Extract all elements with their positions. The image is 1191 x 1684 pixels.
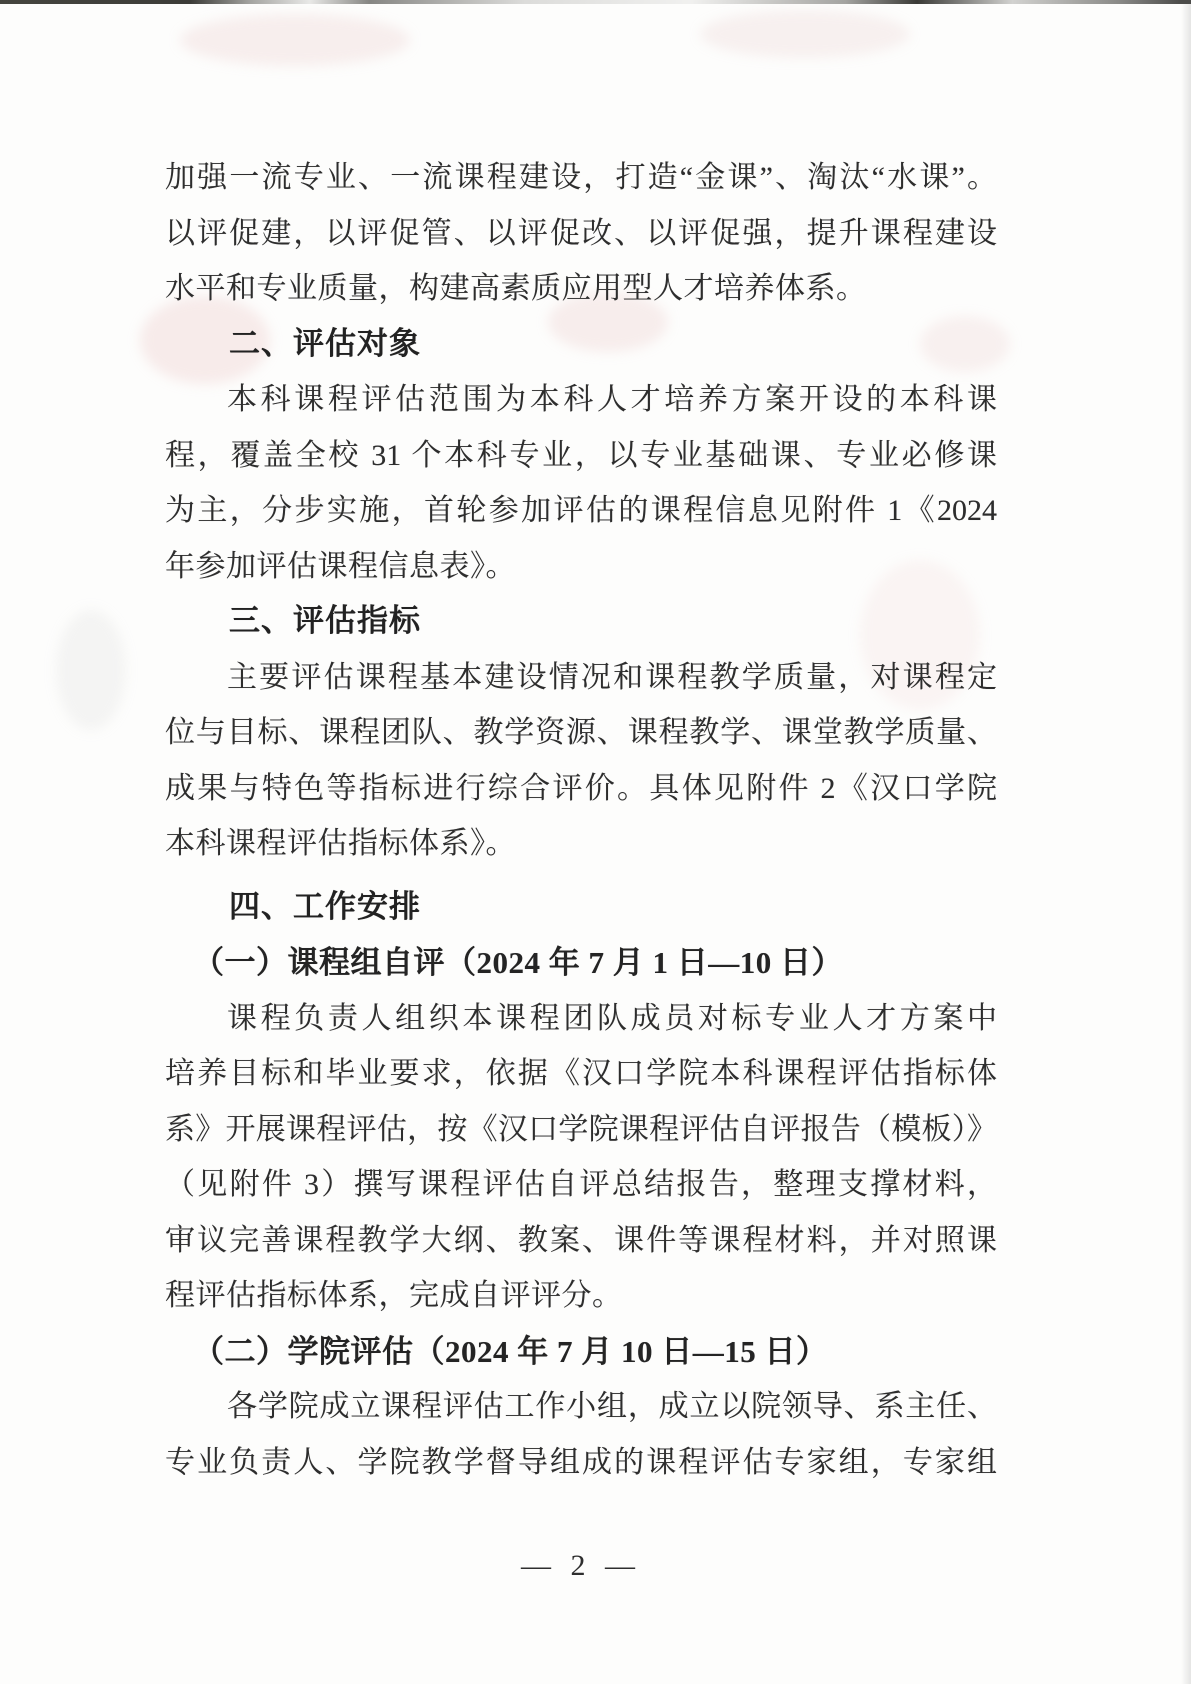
document-body: 加强一流专业、一流课程建设，打造“金课”、淘汰“水课”。 以评促建，以评促管、以…	[165, 150, 997, 1490]
doc-line: 本科课程评估指标体系》。	[165, 816, 997, 872]
scan-smudge	[180, 14, 410, 66]
doc-line: 课程负责人组织本课程团队成员对标专业人才方案中	[165, 991, 997, 1047]
subsection-heading-2: （二）学院评估（2024 年 7 月 10 日—15 日）	[165, 1324, 997, 1380]
doc-line: 审议完善课程教学大纲、教案、课件等课程材料，并对照课	[165, 1213, 997, 1269]
doc-line: 培养目标和毕业要求，依据《汉口学院本科课程评估指标体	[165, 1046, 997, 1102]
page-number: — 2 —	[165, 1549, 997, 1583]
doc-line: 程，覆盖全校 31 个本科专业，以专业基础课、专业必修课	[165, 428, 997, 484]
doc-line: 以评促建，以评促管、以评促改、以评促强，提升课程建设	[165, 206, 997, 262]
scan-smudge	[56, 610, 126, 730]
doc-line: 本科课程评估范围为本科人才培养方案开设的本科课	[165, 372, 997, 428]
scan-artifact-top-line	[0, 0, 1191, 4]
doc-line: 成果与特色等指标进行综合评价。具体见附件 2《汉口学院	[165, 761, 997, 817]
doc-line: 水平和专业质量，构建高素质应用型人才培养体系。	[165, 261, 997, 317]
doc-line: 加强一流专业、一流课程建设，打造“金课”、淘汰“水课”。	[165, 150, 997, 206]
scanned-document-page: 加强一流专业、一流课程建设，打造“金课”、淘汰“水课”。 以评促建，以评促管、以…	[0, 0, 1191, 1684]
section-heading-2: 二、评估对象	[165, 317, 997, 373]
doc-line: 主要评估课程基本建设情况和课程教学质量，对课程定	[165, 650, 997, 706]
doc-line: 各学院成立课程评估工作小组，成立以院领导、系主任、	[165, 1379, 997, 1435]
doc-line: 专业负责人、学院教学督导组成的课程评估专家组，专家组	[165, 1435, 997, 1491]
doc-line: （见附件 3）撰写课程评估自评总结报告，整理支撑材料，	[165, 1157, 997, 1213]
doc-line: 年参加评估课程信息表》。	[165, 539, 997, 595]
scan-artifact-right-shade	[1181, 0, 1191, 1684]
doc-line: 位与目标、课程团队、教学资源、课程教学、课堂教学质量、	[165, 705, 997, 761]
doc-line: 程评估指标体系，完成自评评分。	[165, 1268, 997, 1324]
section-heading-4: 四、工作安排	[165, 880, 997, 936]
section-heading-3: 三、评估指标	[165, 594, 997, 650]
subsection-heading-1: （一）课程组自评（2024 年 7 月 1 日—10 日）	[165, 935, 997, 991]
scan-smudge	[700, 10, 910, 58]
doc-line: 系》开展课程评估，按《汉口学院课程评估自评报告（模板）》	[165, 1102, 997, 1158]
doc-line: 为主，分步实施，首轮参加评估的课程信息见附件 1《2024	[165, 483, 997, 539]
